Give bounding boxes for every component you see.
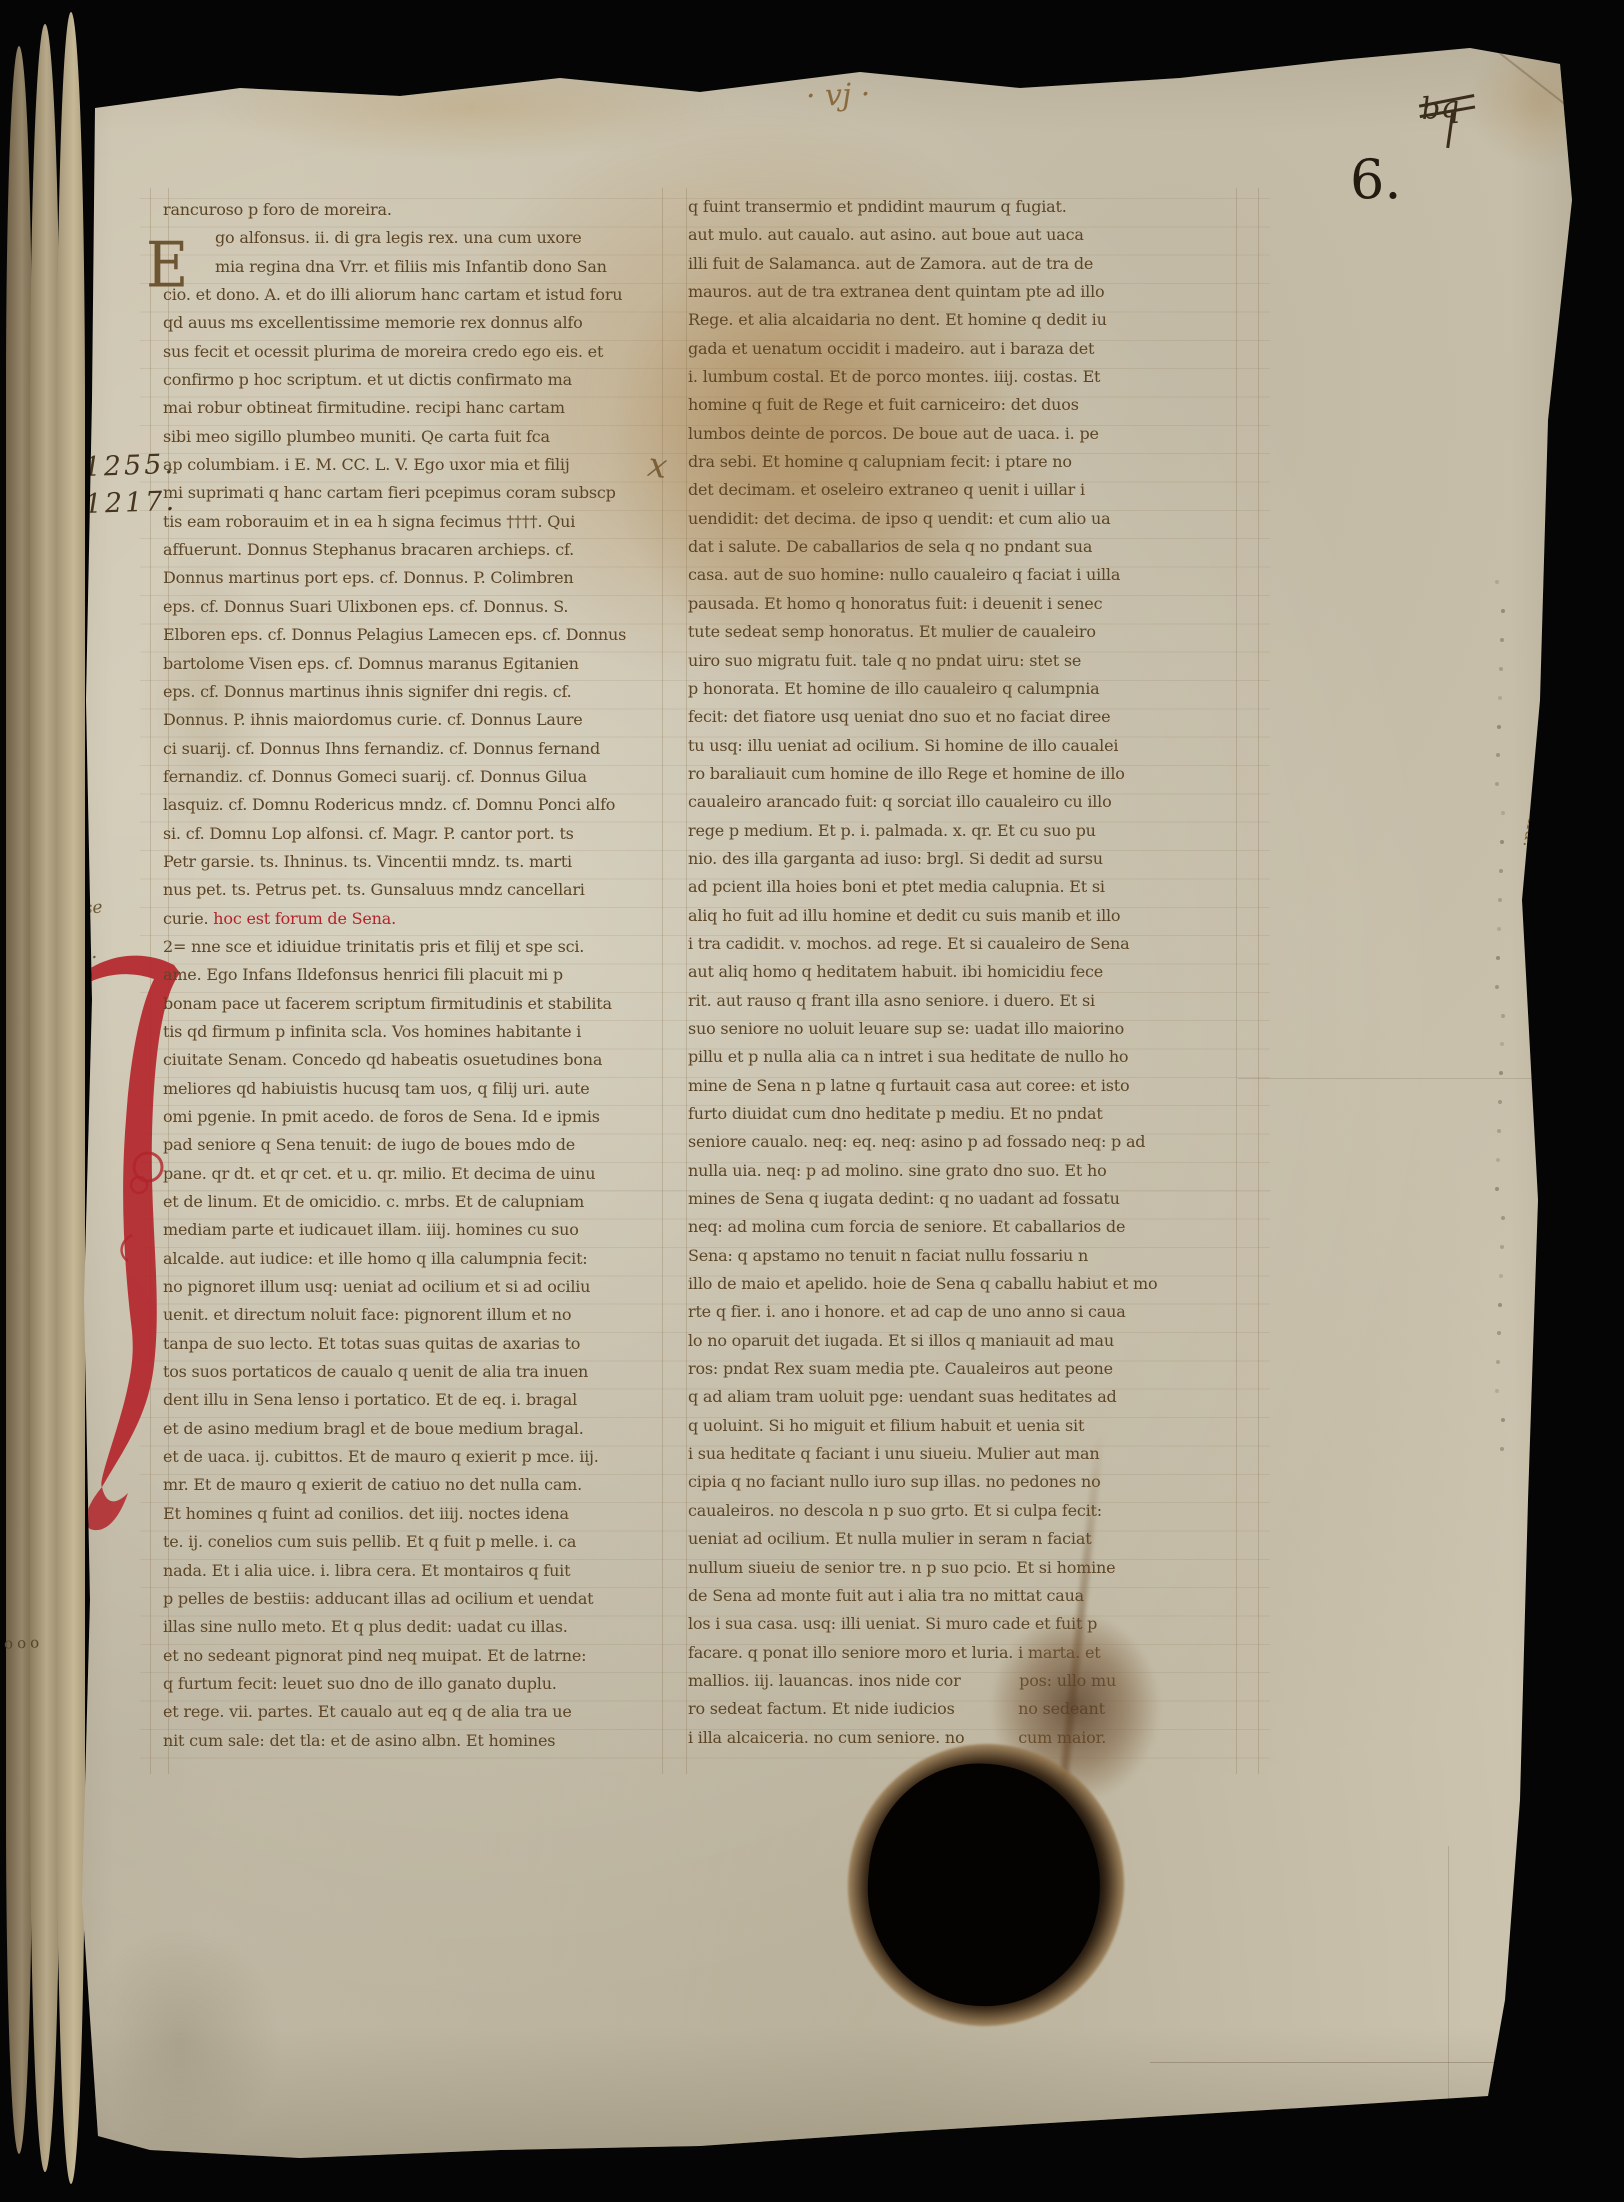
manuscript-text-line: mi suprimati q hanc cartam fieri pcepimu… <box>163 479 669 507</box>
manuscript-text-line: Et homines q fuint ad conilios. det iiij… <box>163 1500 669 1528</box>
pricking-dot <box>1500 1447 1504 1451</box>
parchment-stain <box>210 58 730 158</box>
manuscript-text-line: fecit: det fiatore usq ueniat dno suo et… <box>688 703 1230 731</box>
manuscript-text-line: illo de maio et apelido. hoie de Sena q … <box>688 1270 1230 1298</box>
manuscript-text-line: dent illu in Sena lenso i portatico. Et … <box>163 1386 669 1414</box>
pricking-dot <box>1498 1303 1502 1307</box>
manuscript-text-line: ci suarij. cf. Donnus Ihns fernandiz. cf… <box>163 735 669 763</box>
manuscript-text-line: Donnus martinus port eps. cf. Donnus. P.… <box>163 564 669 592</box>
pricking-dot <box>1500 638 1504 642</box>
manuscript-text-line: et de asino medium bragl et de boue medi… <box>163 1415 669 1443</box>
manuscript-text-line: casa. aut de suo homine: nullo caualeiro… <box>688 561 1230 589</box>
manuscript-text-line: lasquiz. cf. Domnu Rodericus mndz. cf. D… <box>163 791 669 819</box>
manuscript-text-line: i sua heditate q faciant i unu siueiu. M… <box>688 1440 1230 1468</box>
manuscript-text-line: caualeiros. no descola n p suo grto. Et … <box>688 1497 1230 1525</box>
manuscript-text-line: de Sena ad monte fuit aut i alia tra no … <box>688 1582 1230 1610</box>
folio-edge-strip <box>30 24 60 2172</box>
manuscript-text-line: i tra cadidit. v. mochos. ad rege. Et si… <box>688 930 1230 958</box>
manuscript-text-line: lo no oparuit det iugada. Et si illos q … <box>688 1327 1230 1355</box>
manuscript-text-line: uiro suo migratu fuit. tale q no pndat u… <box>688 647 1230 675</box>
manuscript-text-line: Sena: q apstamo no tenuit n faciat nullu… <box>688 1242 1230 1270</box>
quire-signature-mark: · vj · <box>805 77 871 114</box>
manuscript-text-line: q ad aliam tram uoluit pge: uendant suas… <box>688 1383 1230 1411</box>
manuscript-text-line: cipia q no faciant nullo iuro sup illas.… <box>688 1468 1230 1496</box>
pricking-dot <box>1497 1129 1501 1133</box>
manuscript-text-line: pad seniore q Sena tenuit: de iugo de bo… <box>163 1131 669 1159</box>
manuscript-text-line: p pelles de bestiis: adducant illas ad o… <box>163 1585 669 1613</box>
pricking-dot <box>1495 580 1499 584</box>
manuscript-text-line: dra sebi. Et homine q calupniam fecit: i… <box>688 448 1230 476</box>
manuscript-text-line: illi fuit de Salamanca. aut de Zamora. a… <box>688 250 1230 278</box>
pricking-dot <box>1496 1158 1500 1162</box>
manuscript-text-line: ros: pndat Rex suam media pte. Caualeiro… <box>688 1355 1230 1383</box>
manuscript-text-line: suo seniore no uoluit leuare sup se: uad… <box>688 1015 1230 1043</box>
manuscript-text-line: mai robur obtineat firmitudine. recipi h… <box>163 394 669 422</box>
pricking-dot <box>1496 956 1500 960</box>
manuscript-text-line: pane. qr dt. et qr cet. et u. qr. milio.… <box>163 1160 669 1188</box>
pricking-dot <box>1498 696 1502 700</box>
manuscript-text-line: aliq ho fuit ad illu homine et dedit cu … <box>688 902 1230 930</box>
manuscript-text-line: omi pgenie. In pmit acedo. de foros de S… <box>163 1103 669 1131</box>
manuscript-text-line: eps. cf. Donnus Suari Ulixbonen eps. cf.… <box>163 593 669 621</box>
manuscript-text-line: neq: ad molina cum forcia de seniore. Et… <box>688 1213 1230 1241</box>
crease-line <box>1448 1846 1449 2136</box>
manuscript-text-line: Rege. et alia alcaidaria no dent. Et hom… <box>688 306 1230 334</box>
pricking-dot <box>1496 753 1500 757</box>
manuscript-text-line: tu usq: illu ueniat ad ocilium. Si homin… <box>688 732 1230 760</box>
manuscript-text-line: det decimam. et oseleiro extraneo q ueni… <box>688 476 1230 504</box>
manuscript-text-line: mia regina dna Vrr. et filiis mis Infant… <box>163 253 669 281</box>
manuscript-text-line: nulla uia. neq: p ad molino. sine grato … <box>688 1157 1230 1185</box>
pricking-dot <box>1495 985 1499 989</box>
manuscript-text-line: affuerunt. Donnus Stephanus bracaren arc… <box>163 536 669 564</box>
pricking-dot <box>1497 927 1501 931</box>
manuscript-text-line: aut aliq homo q heditatem habuit. ibi ho… <box>688 958 1230 986</box>
pricking-dot <box>1495 1187 1499 1191</box>
manuscript-text-line: te. ij. conelios cum suis pellib. Et q f… <box>163 1528 669 1556</box>
manuscript-text-line: nit cum sale: det tla: et de asino albn.… <box>163 1727 669 1755</box>
manuscript-text-line: pausada. Et homo q honoratus fuit: i deu… <box>688 590 1230 618</box>
manuscript-text-line: ueniat ad ocilium. Et nulla mulier in se… <box>688 1525 1230 1553</box>
ruling-vertical <box>1236 188 1237 1774</box>
manuscript-text-line: nio. des illa garganta ad iuso: brgl. Si… <box>688 845 1230 873</box>
crease-line <box>1150 2062 1520 2063</box>
manuscript-text-line: tos suos portaticos de caualo q uenit de… <box>163 1358 669 1386</box>
manuscript-text-line: et rege. vii. partes. Et caualo aut eq q… <box>163 1698 669 1726</box>
manuscript-text-line: pillu et p nulla alia ca n intret i sua … <box>688 1043 1230 1071</box>
margin-era-note: E.1255. <box>49 446 177 487</box>
text-column-right: q fuint transermio et pndidint maurum q … <box>688 193 1230 1752</box>
manuscript-text-line: homine q fuit de Rege et fuit carniceiro… <box>688 391 1230 419</box>
manuscript-text-line: nus pet. ts. Petrus pet. ts. Gunsaluus m… <box>163 876 669 904</box>
manuscript-text-line: q fuint transermio et pndidint maurum q … <box>688 193 1230 221</box>
manuscript-text-line: uenit. et directum noluit face: pignoren… <box>163 1301 669 1329</box>
manuscript-text-line: p honorata. Et homine de illo caualeiro … <box>688 675 1230 703</box>
folio-number: 6. <box>1350 148 1402 211</box>
manuscript-text-line: eps. cf. Donnus martinus ihnis signifer … <box>163 678 669 706</box>
folio-edge-strip <box>6 46 32 2154</box>
manuscript-text-line: sibi meo sigillo plumbeo muniti. Qe cart… <box>163 423 669 451</box>
manuscript-text-line: q furtum fecit: leuet suo dno de illo ga… <box>163 1670 669 1698</box>
manuscript-text-line: tanpa de suo lecto. Et totas suas quitas… <box>163 1330 669 1358</box>
photographed-manuscript-page: ooo · vj · bq 6. E.1255. <box>0 0 1624 2202</box>
manuscript-text-line: mine de Sena n p latne q furtauit casa a… <box>688 1072 1230 1100</box>
pricking-dot <box>1501 1014 1505 1018</box>
manuscript-text-line: los i sua casa. usq: illi ueniat. Si mur… <box>688 1610 1230 1638</box>
manuscript-text-line: furto diuidat cum dno heditate p mediu. … <box>688 1100 1230 1128</box>
pricking-dot <box>1496 1360 1500 1364</box>
manuscript-text-line: sus fecit et ocessit plurima de moreira … <box>163 338 669 366</box>
manuscript-text-line: nullum siueiu de senior tre. n p suo pci… <box>688 1554 1230 1582</box>
manuscript-text-line: no pignoret illum usq: ueniat ad ocilium… <box>163 1273 669 1301</box>
manuscript-text-line: gada et uenatum occidit i madeiro. aut i… <box>688 335 1230 363</box>
manuscript-text-line: mauros. aut de tra extranea dent quintam… <box>688 278 1230 306</box>
manuscript-text-line: bonam pace ut facerem scriptum firmitudi… <box>163 990 669 1018</box>
manuscript-text-line: tute sedeat semp honoratus. Et mulier de… <box>688 618 1230 646</box>
text-column-left: rancuroso p foro de moreira.go alfonsus.… <box>163 196 669 1755</box>
margin-year-note: A.1217. <box>50 483 178 524</box>
manuscript-text-line: rte q fier. i. ano i honore. et ad cap d… <box>688 1298 1230 1326</box>
manuscript-text-line: ap columbiam. i E. M. CC. L. V. Ego uxor… <box>163 451 669 479</box>
parchment-stain <box>1470 36 1610 166</box>
manuscript-text-line: seniore caualo. neq: eq. neq: asino p ad… <box>688 1128 1230 1156</box>
manuscript-text-line: confirmo p hoc scriptum. et ut dictis co… <box>163 366 669 394</box>
crease-line <box>1483 40 1602 134</box>
manuscript-text-line: 2= nne sce et idiuidue trinitatis pris e… <box>163 933 669 961</box>
pricking-dot <box>1497 725 1501 729</box>
manuscript-text-line: meliores qd habiuistis hucusq tam uos, q… <box>163 1075 669 1103</box>
pricking-dot <box>1499 1274 1503 1278</box>
pricking-dot <box>1500 840 1504 844</box>
manuscript-text-line: rege p medium. Et p. i. palmada. x. qr. … <box>688 817 1230 845</box>
manuscript-text-line: mediam parte et iudicauet illam. iiij. h… <box>163 1216 669 1244</box>
pricking-dot <box>1495 782 1499 786</box>
manuscript-text: curie. <box>163 909 213 928</box>
manuscript-text-line: et de linum. Et de omicidio. c. mrbs. Et… <box>163 1188 669 1216</box>
manuscript-text-line: fernandiz. cf. Donnus Gomeci suarij. cf.… <box>163 763 669 791</box>
manuscript-text-line: tis eam roborauim et in ea h signa fecim… <box>163 508 669 536</box>
manuscript-text-line: rancuroso p foro de moreira. <box>163 196 669 224</box>
pricking-dot <box>1497 1331 1501 1335</box>
margin-pen-trial: fouz se <box>41 897 103 922</box>
parchment-leaf: · vj · bq 6. E.1255. A.1217. x fouz se A… <box>0 0 1624 2202</box>
manuscript-text-line: lumbos deinte de porcos. De boue aut de … <box>688 420 1230 448</box>
manuscript-text-line: i. lumbum costal. Et de porco montes. ii… <box>688 363 1230 391</box>
manuscript-text-line: go alfonsus. ii. di gra legis rex. una c… <box>163 224 669 252</box>
ruling-vertical <box>686 188 687 1774</box>
manuscript-text-line: ro baraliauit cum homine de illo Rege et… <box>688 760 1230 788</box>
pricking-dot <box>1499 1071 1503 1075</box>
manuscript-text-line: alcalde. aut iudice: et ille homo q illa… <box>163 1245 669 1273</box>
pricking-dot <box>1499 869 1503 873</box>
pricking-dot <box>1501 1216 1505 1220</box>
manuscript-text-line: illas sine nullo meto. Et q plus dedit: … <box>163 1613 669 1641</box>
pricking-dot <box>1495 1389 1499 1393</box>
manuscript-text-line: bartolome Visen eps. cf. Domnus maranus … <box>163 650 669 678</box>
manuscript-text-line: uendidit: det decima. de ipso q uendit: … <box>688 505 1230 533</box>
gutter-mark: ooo <box>4 1633 44 1652</box>
margin-red-squiggle <box>48 810 92 880</box>
parchment-stain <box>80 1930 280 2150</box>
pricking-dot <box>1501 609 1505 613</box>
pricking-dot <box>1500 1245 1504 1249</box>
manuscript-text-line: dat i salute. De caballarios de sela q n… <box>688 533 1230 561</box>
manuscript-text-line: rit. aut rauso q frant illa asno seniore… <box>688 987 1230 1015</box>
crease-line <box>1238 1078 1538 1079</box>
manuscript-text-line: qd auus ms excellentissime memorie rex d… <box>163 309 669 337</box>
folio-edge-strip <box>57 12 85 2184</box>
ruling-vertical <box>1258 188 1259 1774</box>
pricking-dot <box>1498 1100 1502 1104</box>
manuscript-text-line: mr. Et de mauro q exierit de catiuo no d… <box>163 1471 669 1499</box>
pricking-dot <box>1498 898 1502 902</box>
margin-vertical-note: Sena. <box>1518 794 1548 850</box>
manuscript-text-line: tis qd firmum p infinita scla. Vos homin… <box>163 1018 669 1046</box>
manuscript-text-line: q uoluint. Si ho miguit et filium habuit… <box>688 1412 1230 1440</box>
manuscript-text-line: Donnus. P. ihnis maiordomus curie. cf. D… <box>163 706 669 734</box>
manuscript-text-line: mines de Sena q iugata dedint: q no uada… <box>688 1185 1230 1213</box>
manuscript-text-line: et de uaca. ij. cubittos. Et de mauro q … <box>163 1443 669 1471</box>
rubric-text: hoc est forum de Sena. <box>213 909 396 928</box>
manuscript-text-line: Elboren eps. cf. Donnus Pelagius Lamecen… <box>163 621 669 649</box>
pricking-dot <box>1501 1418 1505 1422</box>
margin-date-annotation: E.1255. A.1217. <box>49 446 178 524</box>
pricking-dot <box>1499 667 1503 671</box>
manuscript-text-line: si. cf. Domnu Lop alfonsi. cf. Magr. P. … <box>163 820 669 848</box>
manuscript-text-line: Petr garsie. ts. Ihninus. ts. Vincentii … <box>163 848 669 876</box>
struck-out-foliation-mark: bq <box>1420 88 1484 152</box>
manuscript-text-line: curie. hoc est forum de Sena. <box>163 905 669 933</box>
manuscript-text-line: caualeiro arancado fuit: q sorciat illo … <box>688 788 1230 816</box>
manuscript-text-line: cio. et dono. A. et do illi aliorum hanc… <box>163 281 669 309</box>
manuscript-text-line: ad pcient illa hoies boni et ptet media … <box>688 873 1230 901</box>
pricking-dot <box>1500 1042 1504 1046</box>
manuscript-text-line: aut mulo. aut caualo. aut asino. aut bou… <box>688 221 1230 249</box>
manuscript-text-line: ciuitate Senam. Concedo qd habeatis osue… <box>163 1046 669 1074</box>
pricking-dot <box>1501 811 1505 815</box>
manuscript-text-line: ame. Ego Infans Ildefonsus henrici fili … <box>163 961 669 989</box>
manuscript-text-line: nada. Et i alia uice. i. libra cera. Et … <box>163 1557 669 1585</box>
manuscript-text-line: et no sedeant pignorat pind neq muipat. … <box>163 1642 669 1670</box>
